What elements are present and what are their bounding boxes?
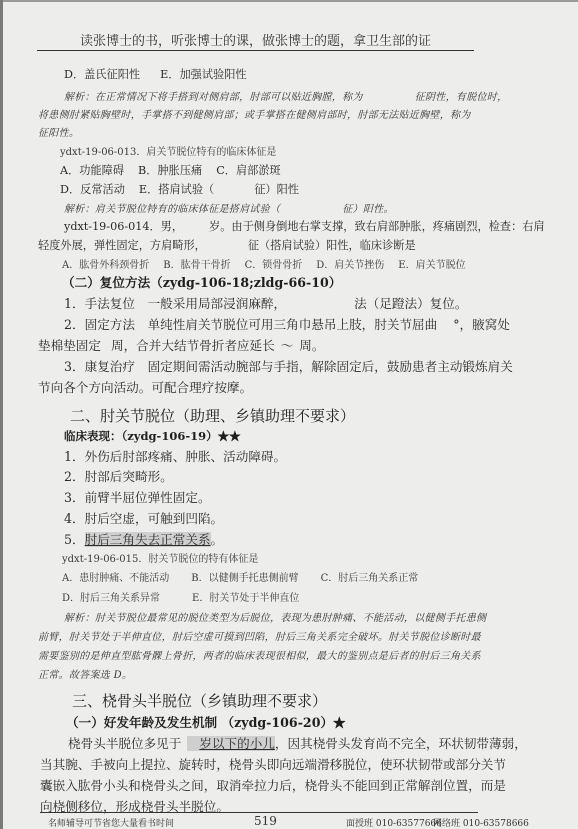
q014-options: A．肱骨外科颈骨折B．肱骨干骨折C．锁骨骨折D．肩关节挫伤E．肩关节脱位 [62,256,466,271]
elbow-subheading: 临床表现：（zydg-106-19）★★ [64,428,241,444]
option-b: B．肿胀压痛 [138,164,202,177]
q013-options-abc: A．功能障碍B．肿胀压痛C．肩部淤斑 [60,162,281,178]
option-b: B．肱骨干骨折 [163,260,230,271]
analysis-text: 解析：肩关节脱位特有的临床体征是搭肩试验（ [64,204,280,215]
option-d: D．盖氏征阳性 [64,68,140,81]
section-heading-elbow: 二、肘关节脱位（助理、乡镇助理不要求） [70,405,355,426]
option-c: C．肩部淤斑 [216,164,281,177]
stem-text: 轻度外展，弹性固定，方肩畸形， [38,239,206,252]
paragraph-text: 桡骨头半脱位多见于 [68,736,181,751]
radial-paragraph-line-1: 桡骨头半脱位多见于岁以下的小儿，因其桡骨头发育尚不完全，环状韧带薄弱， [68,733,527,752]
radial-paragraph-line-2: 当其腕、手被向上提拉、旋转时，桡骨头即向远端滑移脱位，使环状韧带或部分关节 [40,754,506,773]
page-number: 519 [254,814,277,828]
stem-text: 征（搭肩试验）阳性，临床诊断是 [248,239,416,252]
section-heading-reduction: （二）复位方法（zydg-106-18;zldg-66-10） [62,272,341,291]
q012-options-de: D．盖氏征阳性E．加强试验阳性 [64,66,247,82]
item-text: ～ [281,338,294,353]
elbow-item-2: 2．肘部后突畸形。 [64,466,173,485]
option-e: E．加强试验阳性 [160,68,246,81]
option-c: C．锁骨骨折 [245,260,303,271]
q015-stem: ydxt-19-06-015．肘关节脱位的特有体征是 [62,550,258,565]
reduction-item-3-line-1: 3．康复治疗 固定期间需活动腕部与手指，解除固定后，鼓励患者主动锻炼肩关 [64,356,513,375]
option-a: A．功能障碍 [60,164,124,177]
item-number: 5． [64,532,85,547]
q012-analysis-line-3: 征阳性。 [38,124,79,139]
elbow-item-4: 4．肘后空虚，可触到凹陷。 [64,508,223,527]
reduction-item-1: 1．手法复位 一般采用局部浸润麻醉，法（足蹬法）复位。 [64,293,467,312]
option-e-tail: 征）阳性 [254,183,299,196]
option-d: D．肘后三角关系异常 [62,593,160,604]
highlighted-text: 肘后三角失去正常关系 [85,532,211,547]
item-text: 。 [211,532,224,547]
q015-options-de: D．肘后三角关系异常E．肘关节处于半伸直位 [62,589,299,604]
q015-analysis-line-1: 解析：肘关节脱位最常见的脱位类型为后脱位，表现为患肘肿痛、不能活动，以健侧手托患… [64,609,486,624]
elbow-item-3: 3．前臂半屈位弹性固定。 [64,487,211,506]
option-e: E．肘关节处于半伸直位 [192,593,299,604]
q015-analysis-line-2: 前臂，肘关节处于半伸直位，肘后空虚可摸到凹陷，肘后三角关系完全破坏。肘关节脱位诊… [38,628,481,643]
q012-analysis-line-2: 将患侧肘紧贴胸壁时，手掌搭不到健侧肩部；或手掌搭在健侧肩部时，肘部无法贴近胸壁，… [38,106,471,121]
item-text: 垫棉垫固定 [38,338,101,353]
q013-options-de: D．反常活动E．搭肩试验（征）阳性 [60,181,299,197]
item-text: 周。 [299,338,324,353]
q015-analysis-line-3: 需要鉴别的是伸直型肱骨髁上骨折，两者的临床表现很相似，最大的鉴别点是后者的肘后三… [38,647,481,662]
q012-analysis-line-1: 解析：在正常情况下将手搭到对侧肩部，肘部可以贴近胸膛，称为征阴性，有脱位时， [64,88,507,103]
footer-contact-online: 网络班 010-63578666 [433,816,529,829]
option-d: D．肩关节挫伤 [316,260,384,271]
reduction-item-3-line-2: 节向各个方向活动。可配合理疗按摩。 [38,377,252,396]
option-c: C．肘后三角关系正常 [321,573,419,584]
item-text: 1．手法复位 一般采用局部浸润麻醉， [64,296,286,311]
stem-text: 岁。由于侧身倒地右掌支撑，致右肩部肿胀，疼痛剧烈，检查：右肩 [209,220,545,233]
radial-subheading: （一）好发年龄及发生机制 （zydg-106-20）★ [66,712,346,731]
q013-analysis: 解析：肩关节脱位特有的临床体征是搭肩试验（征）阳性。 [64,200,394,215]
q013-stem: ydxt-19-06-013．肩关节脱位特有的临床体征是 [60,143,276,158]
elbow-item-5: 5．肘后三角失去正常关系。 [64,529,223,548]
page-left-edge [0,0,3,829]
item-text: 周，合并大结节骨折者应延长 [111,338,275,353]
stem-text: ydxt-19-06-014．男， [64,220,183,233]
q014-stem-line-1: ydxt-19-06-014．男，岁。由于侧身倒地右掌支撑，致右肩部肿胀，疼痛剧… [64,218,545,234]
analysis-text: 征阴性，有脱位时， [415,92,508,103]
section-heading-radial: 三、桡骨头半脱位（乡镇助理不要求） [72,690,327,711]
option-b: B．以健侧手托患侧前臂 [191,573,298,584]
paragraph-text: ，因其桡骨头发育尚不完全，环状韧带薄弱， [275,736,527,751]
elbow-item-1: 1．外伤后肘部疼痛、肿胀、活动障碍。 [64,446,286,465]
footer-rule [40,812,478,813]
option-a: A．肱骨外科颈骨折 [62,260,149,271]
analysis-text: 解析：在正常情况下将手搭到对侧肩部，肘部可以贴近胸膛，称为 [64,92,363,103]
page-top-edge [0,0,578,2]
q015-options-abc: A．患肘肿痛、不能活动B．以健侧手托患侧前臂C．肘后三角关系正常 [62,569,418,584]
header-rule [37,50,474,51]
highlighted-text: 岁以下的小儿 [187,736,275,751]
q014-stem-line-2: 轻度外展，弹性固定，方肩畸形，征（搭肩试验）阳性，临床诊断是 [38,237,416,253]
option-a: A．患肘肿痛、不能活动 [62,573,169,584]
option-d: D．反常活动 [60,183,125,196]
option-e: E．肩关节脱位 [398,260,465,271]
reduction-item-2-line-1: 2．固定方法 单纯性肩关节脱位可用三角巾悬吊上肢，肘关节屈曲°，腋窝处 [64,314,510,333]
radial-paragraph-line-3: 囊嵌入肱骨小头和桡骨头之间，取消牵拉力后，桡骨头不能回到正常解剖位置，而是 [40,775,506,794]
item-text: 2．固定方法 单纯性肩关节脱位可用三角巾悬吊上肢，肘关节屈曲 [64,317,437,332]
option-e: E．搭肩试验（ [139,183,214,196]
reduction-item-2-line-2: 垫棉垫固定周，合并大结节骨折者应延长～周。 [38,335,324,354]
q015-analysis-line-4: 正常。故答案选 D。 [38,666,132,681]
footer-contact-offline: 面授班 010-63577666 [346,816,442,829]
item-text: 法（足蹬法）复位。 [354,296,467,311]
item-text: °，腋窝处 [453,317,510,332]
footer-slogan: 名师辅导可节省您大量看书时间 [48,816,174,829]
analysis-text: 征）阳性。 [342,204,394,215]
running-header: 读张博士的书，听张博士的课，做张博士的题，拿卫生部的证 [37,30,474,49]
